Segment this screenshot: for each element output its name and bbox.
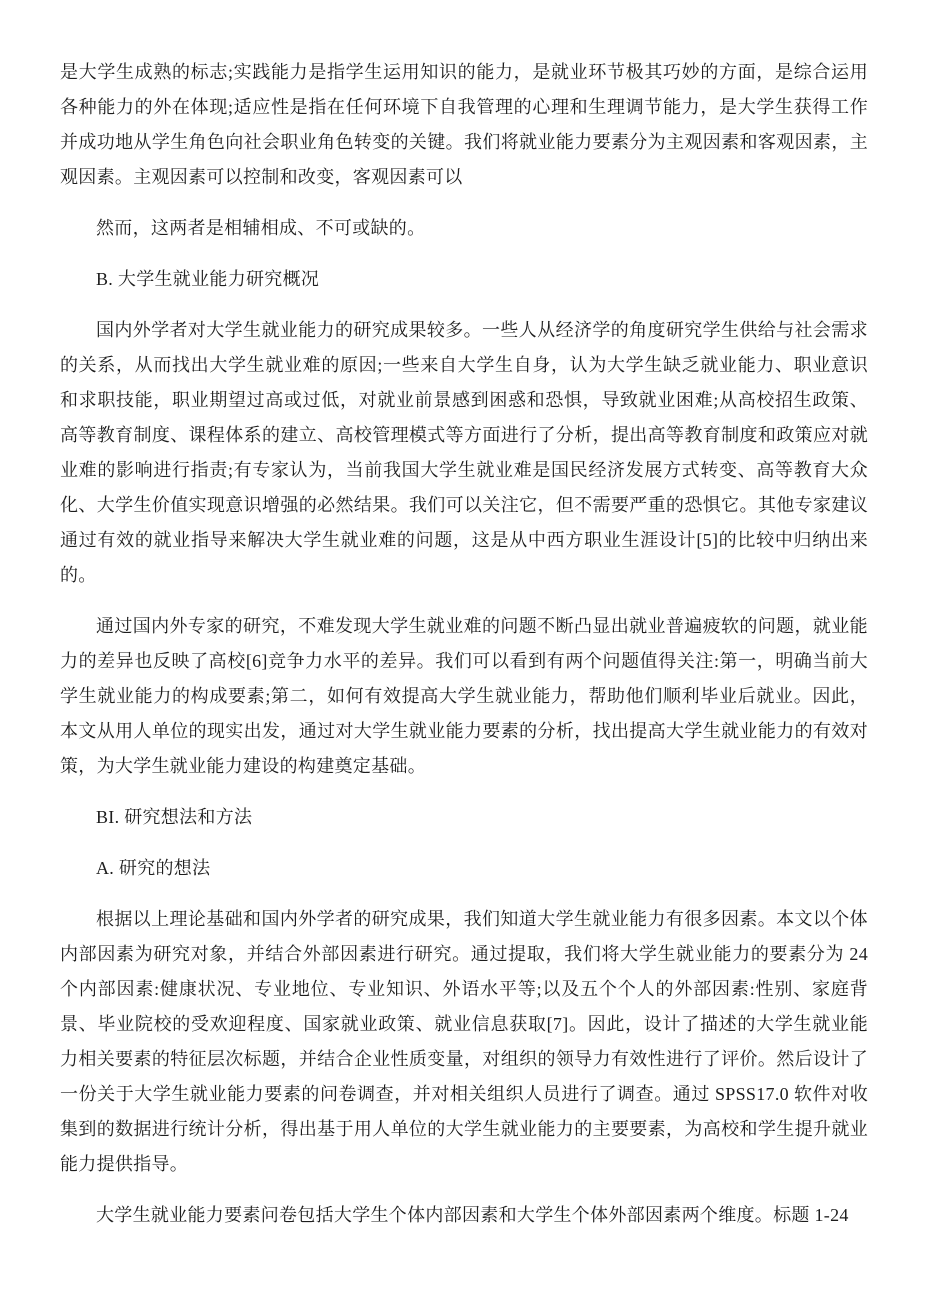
section-heading-bi-ideas-methods: BI. 研究想法和方法 bbox=[60, 800, 868, 835]
paragraph-however: 然而，这两者是相辅相成、不可或缺的。 bbox=[60, 211, 868, 246]
continuation-paragraph: 是大学生成熟的标志;实践能力是指学生运用知识的能力，是就业环节极其巧妙的方面，是… bbox=[60, 55, 868, 195]
paragraph-domestic-foreign-scholars: 国内外学者对大学生就业能力的研究成果较多。一些人从经济学的角度研究学生供给与社会… bbox=[60, 313, 868, 593]
subsection-heading-a-research-idea: A. 研究的想法 bbox=[60, 851, 868, 886]
paragraph-research-design: 根据以上理论基础和国内外学者的研究成果，我们知道大学生就业能力有很多因素。本文以… bbox=[60, 902, 868, 1182]
document-page: 是大学生成熟的标志;实践能力是指学生运用知识的能力，是就业环节极其巧妙的方面，是… bbox=[0, 0, 926, 1309]
paragraph-questionnaire-dimensions: 大学生就业能力要素问卷包括大学生个体内部因素和大学生个体外部因素两个维度。标题 … bbox=[60, 1198, 868, 1233]
section-heading-b-research-overview: B. 大学生就业能力研究概况 bbox=[60, 262, 868, 297]
paragraph-expert-research-findings: 通过国内外专家的研究，不难发现大学生就业难的问题不断凸显出就业普遍疲软的问题，就… bbox=[60, 609, 868, 784]
